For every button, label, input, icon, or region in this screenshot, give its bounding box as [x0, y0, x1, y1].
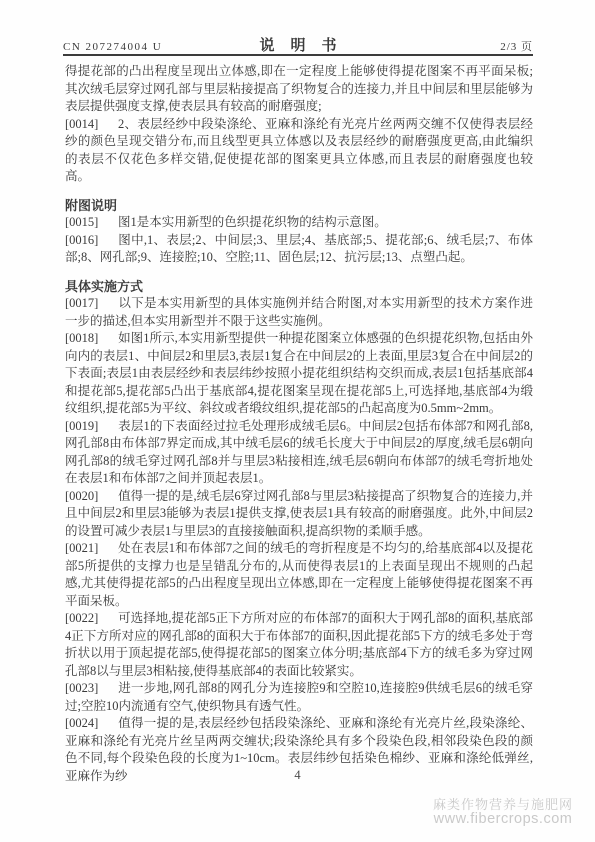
- watermark-site-name: 麻类作物营养与施肥网: [433, 797, 573, 812]
- paragraph-0014: [0014]2、表层经纱中段染涤纶、亚麻和涤纶有光亮片丝两两交缠不仅使得表层经纱…: [65, 116, 533, 186]
- document-title: 说明书: [244, 34, 353, 55]
- paragraph-text: 得提花部的凸出程度呈现出立体感,即在一定程度上能够使得提花图案不再平面呆板;其次…: [65, 64, 533, 113]
- paragraph-number: [0019]: [65, 418, 118, 436]
- paragraph-0022: [0022]可选择地,提花部5正下方所对应的布体部7的面积大于网孔部8的面积,基…: [65, 610, 533, 680]
- paragraph-text: 进一步地,网孔部8的网孔分为连接腔9和空腔10,连接腔9供绒毛层6的绒毛穿过;空…: [65, 681, 533, 713]
- header-divider: [63, 54, 533, 56]
- paragraph-0021: [0021]处在表层1和布体部7之间的绒毛的弯折程度是不均匀的,给基底部4以及提…: [65, 540, 533, 610]
- paragraph-number: [0017]: [65, 295, 118, 313]
- watermark-url: www.fibercrops.com: [433, 812, 573, 827]
- paragraph-text: 处在表层1和布体部7之间的绒毛的弯折程度是不均匀的,给基底部4以及提花部5所提供…: [65, 541, 533, 608]
- paragraph-text: 2、表层经纱中段染涤纶、亚麻和涤纶有光亮片丝两两交缠不仅使得表层经纱的颜色呈现交…: [65, 117, 533, 184]
- page-header: CN 207274004 U 说明书 2/3 页: [63, 34, 533, 55]
- paragraph-0020: [0020]值得一提的是,绒毛层6穿过网孔部8与里层3粘接提高了织物复合的连接力…: [65, 488, 533, 541]
- paragraph-text: 可选择地,提花部5正下方所对应的布体部7的面积大于网孔部8的面积,基底部4正下方…: [65, 611, 533, 678]
- section-heading-drawings: 附图说明: [65, 197, 533, 215]
- paragraph-0017: [0017]以下是本实用新型的具体实施例并结合附图,对本实用新型的技术方案作进一…: [65, 295, 533, 330]
- page-indicator: 2/3 页: [353, 38, 534, 54]
- document-number: CN 207274004 U: [63, 41, 244, 53]
- paragraph-number: [0018]: [65, 330, 118, 348]
- section-heading-embodiments: 具体实施方式: [65, 278, 533, 296]
- specification-body: 得提花部的凸出程度呈现出立体感,即在一定程度上能够使得提花图案不再平面呆板;其次…: [65, 63, 533, 785]
- paragraph-text: 图1是本实用新型的色织提花织物的结构示意图。: [118, 215, 387, 229]
- patent-specification-page: CN 207274004 U 说明书 2/3 页 得提花部的凸出程度呈现出立体感…: [0, 0, 595, 842]
- paragraph-continuation: 得提花部的凸出程度呈现出立体感,即在一定程度上能够使得提花图案不再平面呆板;其次…: [65, 63, 533, 116]
- paragraph-0016: [0016]图中,1、表层;2、中间层;3、里层;4、基底部;5、提花部;6、绒…: [65, 232, 533, 267]
- paragraph-0015: [0015]图1是本实用新型的色织提花织物的结构示意图。: [65, 214, 533, 232]
- paragraph-0018: [0018]如图1所示,本实用新型提供一种提花图案立体感强的色织提花织物,包括由…: [65, 330, 533, 418]
- paragraph-number: [0020]: [65, 488, 118, 506]
- paragraph-number: [0023]: [65, 680, 118, 698]
- paragraph-number: [0022]: [65, 610, 118, 628]
- paragraph-text: 如图1所示,本实用新型提供一种提花图案立体感强的色织提花织物,包括由外向内的表层…: [65, 331, 533, 415]
- paragraph-text: 表层1的下表面经过拉毛处理形成绒毛层6。中间层2包括布体部7和网孔部8,网孔部8…: [65, 419, 533, 486]
- page-number: 4: [0, 768, 595, 783]
- watermark: 麻类作物营养与施肥网 www.fibercrops.com: [433, 797, 573, 827]
- paragraph-number: [0016]: [65, 232, 118, 250]
- paragraph-number: [0024]: [65, 715, 118, 733]
- paragraph-text: 图中,1、表层;2、中间层;3、里层;4、基底部;5、提花部;6、绒毛层;7、布…: [65, 233, 533, 265]
- paragraph-0023: [0023]进一步地,网孔部8的网孔分为连接腔9和空腔10,连接腔9供绒毛层6的…: [65, 680, 533, 715]
- paragraph-0019: [0019]表层1的下表面经过拉毛处理形成绒毛层6。中间层2包括布体部7和网孔部…: [65, 418, 533, 488]
- paragraph-number: [0021]: [65, 540, 118, 558]
- paragraph-number: [0015]: [65, 214, 118, 232]
- paragraph-text: 值得一提的是,绒毛层6穿过网孔部8与里层3粘接提高了织物复合的连接力,并且中间层…: [65, 489, 533, 538]
- paragraph-text: 以下是本实用新型的具体实施例并结合附图,对本实用新型的技术方案作进一步的描述,但…: [65, 296, 533, 328]
- paragraph-number: [0014]: [65, 116, 118, 134]
